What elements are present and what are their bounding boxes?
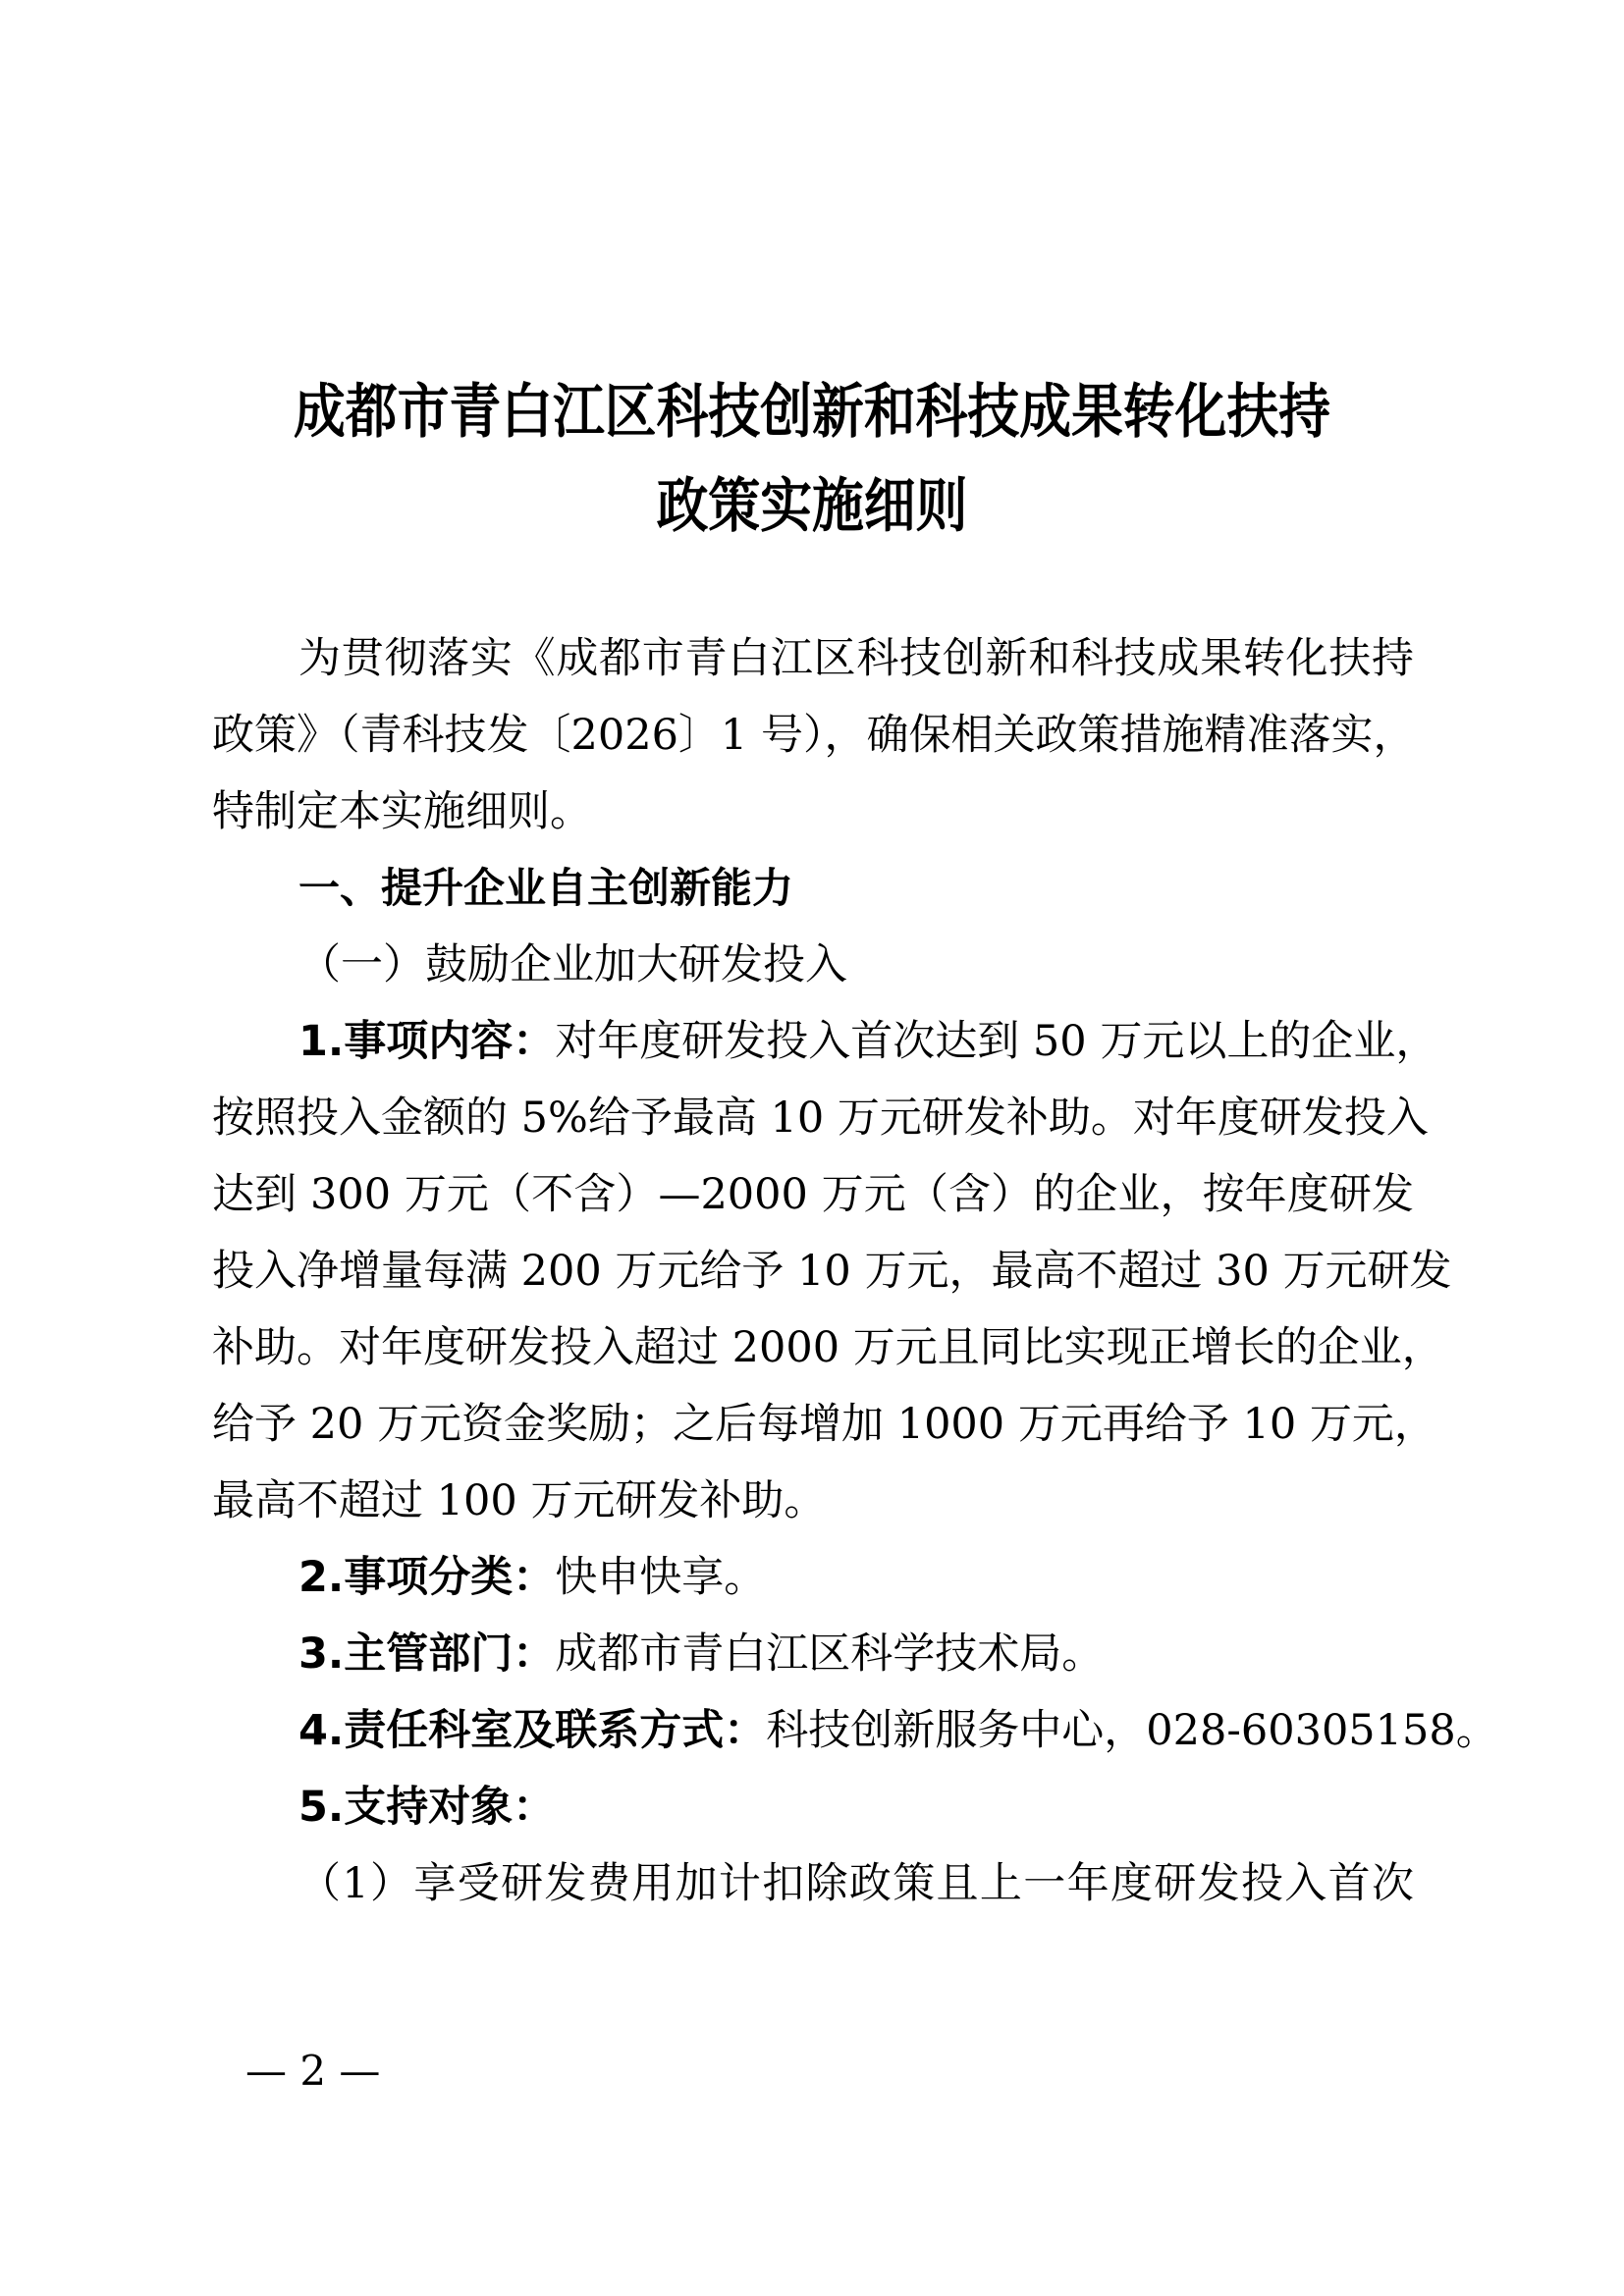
intro-line-3: 特制定本实施细则。 — [212, 774, 1414, 850]
item-1-line-2: 按照投入金额的 5%给予最高 10 万元研发补助。对年度研发投入 — [212, 1080, 1414, 1156]
title-line-2: 政策实施细则 — [270, 459, 1354, 554]
item-1-label: 1.事项内容： — [298, 1017, 555, 1066]
subsection-heading-1: （一）鼓励企业加大研发投入 — [212, 927, 1414, 1003]
item-3-text: 成都市青白江区科学技术局。 — [555, 1629, 1104, 1679]
item-5-label: 5.支持对象： — [298, 1783, 555, 1832]
item-1-first-line: 1.事项内容：对年度研发投入首次达到 50 万元以上的企业， — [212, 1003, 1414, 1080]
item-3: 3.主管部门：成都市青白江区科学技术局。 — [212, 1616, 1414, 1692]
item-1-line-6: 给予 20 万元资金奖励；之后每增加 1000 万元再给予 10 万元， — [212, 1386, 1414, 1463]
page-number: — 2 — — [245, 2047, 380, 2095]
item-1-line-4: 投入净增量每满 200 万元给予 10 万元，最高不超过 30 万元研发 — [212, 1233, 1414, 1309]
item-1-line-3: 达到 300 万元（不含）—2000 万元（含）的企业，按年度研发 — [212, 1156, 1414, 1233]
item-2-label: 2.事项分类： — [298, 1553, 555, 1602]
item-1-line-7: 最高不超过 100 万元研发补助。 — [212, 1463, 1414, 1539]
item-3-label: 3.主管部门： — [298, 1629, 555, 1679]
title-line-1: 成都市青白江区科技创新和科技成果转化扶持 — [270, 365, 1354, 459]
item-4: 4.责任科室及联系方式：科技创新服务中心，028-60305158。 — [212, 1692, 1414, 1769]
item-4-label: 4.责任科室及联系方式： — [298, 1706, 766, 1755]
document-title: 成都市青白江区科技创新和科技成果转化扶持 政策实施细则 — [270, 365, 1354, 554]
item-1-first-text: 对年度研发投入首次达到 50 万元以上的企业， — [555, 1017, 1437, 1066]
document-body: 为贯彻落实《成都市青白江区科技创新和科技成果转化扶持 政策》（青科技发〔2026… — [212, 620, 1414, 1922]
item-2-text: 快申快享。 — [555, 1553, 766, 1602]
intro-line-1: 为贯彻落实《成都市青白江区科技创新和科技成果转化扶持 — [212, 620, 1414, 697]
document-page: 成都市青白江区科技创新和科技成果转化扶持 政策实施细则 为贯彻落实《成都市青白江… — [0, 0, 1624, 2296]
item-2: 2.事项分类：快申快享。 — [212, 1539, 1414, 1616]
item-1-line-5: 补助。对年度研发投入超过 2000 万元且同比实现正增长的企业， — [212, 1309, 1414, 1386]
item-5-sub-1: （1）享受研发费用加计扣除政策且上一年度研发投入首次 — [212, 1845, 1414, 1922]
item-4-text: 科技创新服务中心，028-60305158。 — [766, 1706, 1497, 1755]
section-heading-1: 一、提升企业自主创新能力 — [212, 850, 1414, 927]
item-5: 5.支持对象： — [212, 1769, 1414, 1845]
intro-line-2: 政策》（青科技发〔2026〕1 号），确保相关政策措施精准落实， — [212, 697, 1414, 774]
